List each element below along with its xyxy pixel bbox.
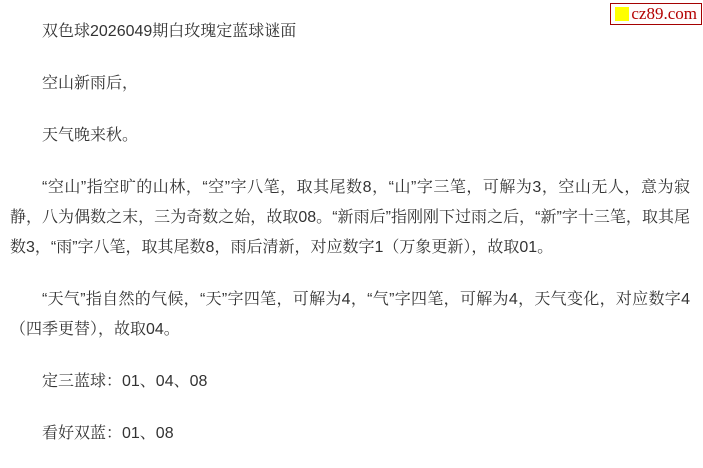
- poem-line-1: 空山新雨后，: [10, 69, 690, 99]
- analysis-paragraph-1: “空山”指空旷的山林，“空”字八笔，取其尾数8，“山”字三笔，可解为3，空山无人…: [10, 173, 690, 263]
- poem-line-2: 天气晚来秋。: [10, 121, 690, 151]
- analysis-paragraph-2: “天气”指自然的气候，“天”字四笔，可解为4，“气”字四笔，可解为4，天气变化，…: [10, 285, 690, 345]
- double-blue-line: 看好双蓝：01、08: [10, 419, 690, 449]
- article-title: 双色球2026049期白玫瑰定蓝球谜面: [10, 17, 690, 47]
- article-page: cz89.com 双色球2026049期白玫瑰定蓝球谜面 空山新雨后， 天气晚来…: [0, 0, 703, 468]
- article-body: 双色球2026049期白玫瑰定蓝球谜面 空山新雨后， 天气晚来秋。 “空山”指空…: [0, 0, 703, 468]
- blue-picks-line: 定三蓝球：01、04、08: [10, 367, 690, 397]
